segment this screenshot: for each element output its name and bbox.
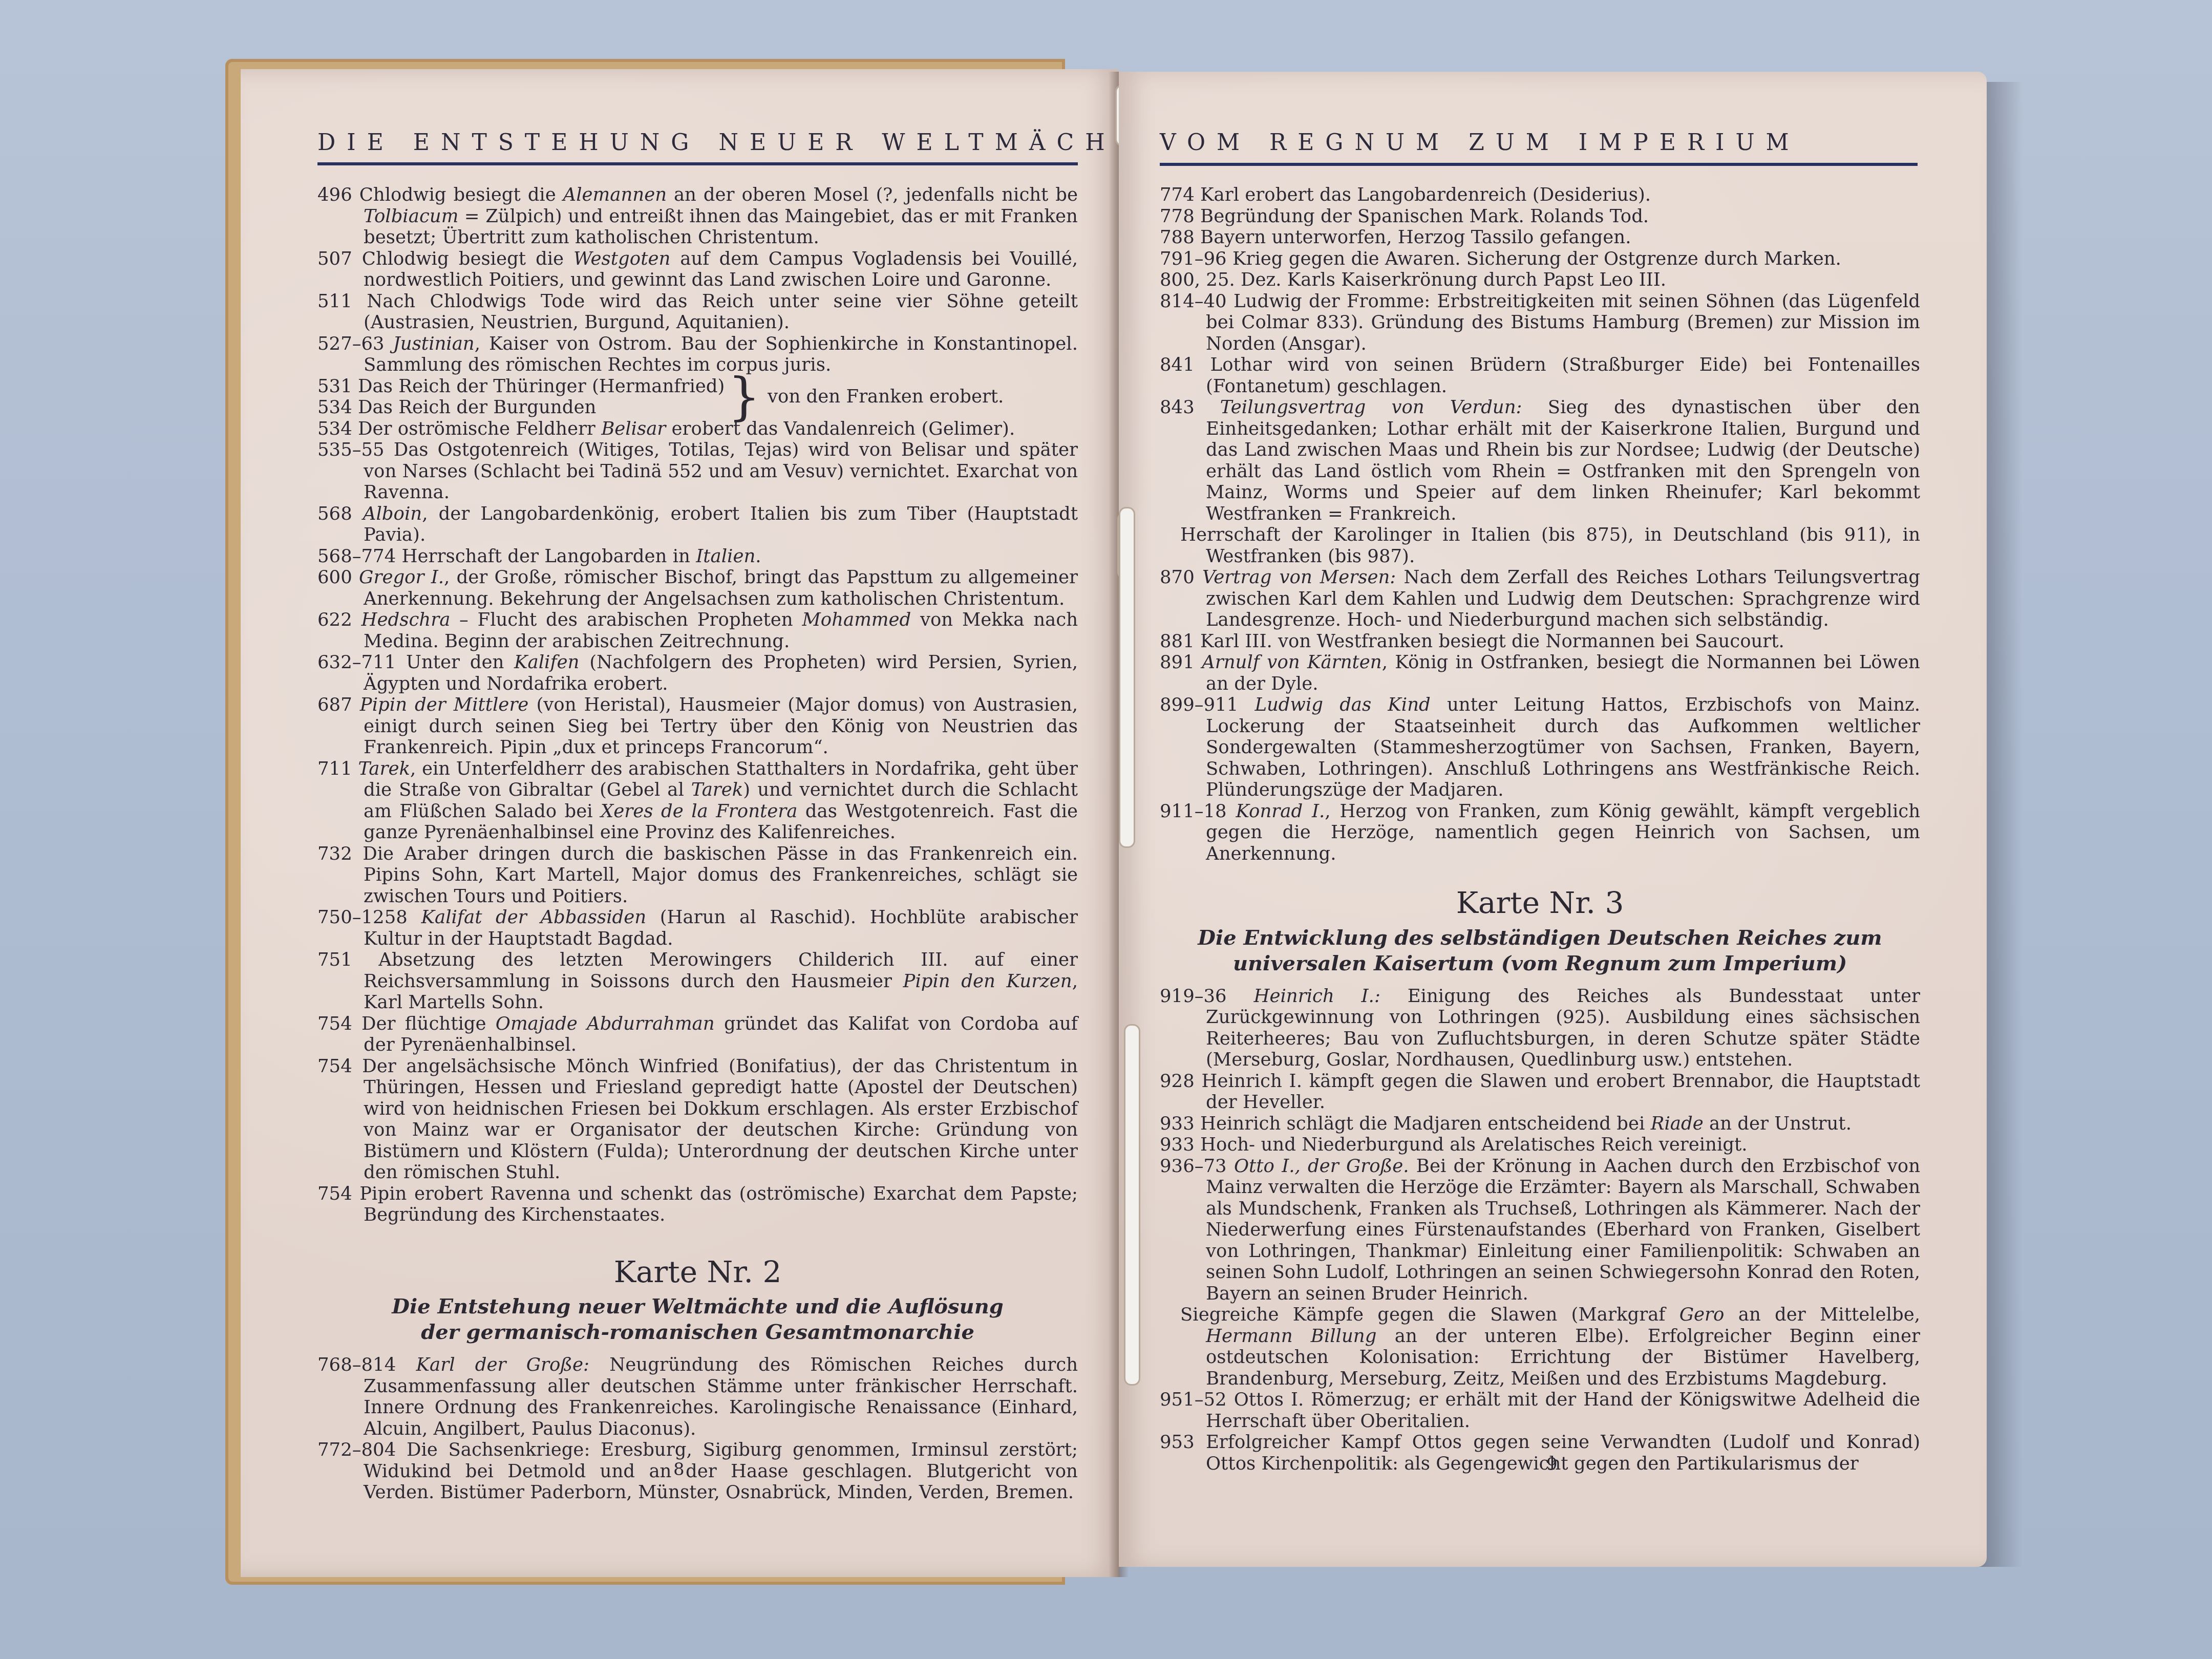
left-running-head: DIE ENTSTEHUNG NEUER WELTMÄCHTE bbox=[317, 130, 1170, 156]
entry-text: Lothar wird von seinen Brüdern (Straßbur… bbox=[1206, 354, 1920, 397]
entry-text-italic: Ludwig das Kind bbox=[1254, 694, 1430, 715]
entry-text-italic: Pipin der Mittlere bbox=[360, 694, 529, 715]
entry-year: 870 bbox=[1160, 567, 1202, 588]
timeline-entry: 754 Der angelsächsische Mönch Winfried (… bbox=[317, 1056, 1078, 1183]
binding-stitch bbox=[1124, 1024, 1140, 1386]
entry-year: 531 bbox=[317, 376, 352, 397]
entry-text: Herrschaft der Langobarden in bbox=[402, 546, 696, 567]
entry-year: 788 bbox=[1160, 227, 1200, 248]
entry-year: 841 bbox=[1160, 354, 1210, 375]
entry-text: Das Reich der Thüringer (Hermanfried) bbox=[358, 376, 725, 397]
entry-list: 919–36 Heinrich I.: Einigung des Reiches… bbox=[1160, 986, 1920, 1475]
entry-year: 791–96 bbox=[1160, 248, 1232, 269]
entry-year: 778 bbox=[1160, 206, 1200, 227]
entry-text: Ludwig der Fromme: Erbstreitigkeiten mit… bbox=[1206, 291, 1920, 354]
timeline-entry: 507 Chlodwig besiegt die Westgoten auf d… bbox=[317, 248, 1078, 291]
entry-text-italic: Pipin den Kurzen bbox=[903, 971, 1072, 992]
entry-text: Hoch- und Niederburgund als Arelatisches… bbox=[1200, 1134, 1748, 1155]
entry-text: Begründung der Spanischen Mark. Rolands … bbox=[1200, 206, 1649, 227]
timeline-entry: 843 Teilungsvertrag von Verdun: Sieg des… bbox=[1160, 397, 1920, 524]
entry-text-italic: Tolbiacum bbox=[364, 206, 458, 227]
timeline-entry: 800, 25. Dez. Karls Kaiserkrönung durch … bbox=[1160, 269, 1920, 291]
timeline-entry: 568–774 Herrschaft der Langobarden in It… bbox=[317, 546, 1078, 567]
entry-year: 933 bbox=[1160, 1113, 1200, 1134]
entry-text: Pipin erobert Ravenna und schenkt das (o… bbox=[359, 1183, 1078, 1226]
entry-text-italic: Kalifen bbox=[514, 652, 579, 673]
entry-text: Chlodwig besiegt die bbox=[359, 184, 563, 205]
entry-year: 622 bbox=[317, 609, 361, 630]
brace-suffix: von den Franken erobert. bbox=[768, 386, 1004, 408]
entry-year: 507 bbox=[317, 248, 362, 269]
entry-year: 750–1258 bbox=[317, 907, 421, 928]
entry-year: 535–55 bbox=[317, 439, 394, 460]
entry-year: 568–774 bbox=[317, 546, 402, 567]
timeline-entry: Siegreiche Kämpfe gegen die Slawen (Mark… bbox=[1160, 1304, 1920, 1389]
entry-year: 600 bbox=[317, 567, 359, 588]
entry-list: 534 Der oströmische Feldherr Belisar ero… bbox=[317, 418, 1078, 1226]
karte-title: Karte Nr. 2 bbox=[317, 1262, 1078, 1283]
timeline-entry: 899–911 Ludwig das Kind unter Leitung Ha… bbox=[1160, 694, 1920, 801]
entry-year: 800, 25. Dez. bbox=[1160, 269, 1287, 290]
karte-title: Karte Nr. 3 bbox=[1160, 892, 1920, 914]
left-head-rule bbox=[317, 162, 1078, 165]
entry-year: 814–40 bbox=[1160, 291, 1233, 312]
entry-text: an der oberen Mosel (?, jedenfalls nicht… bbox=[667, 184, 1078, 205]
entry-text: Heinrich I. kämpft gegen die Slawen und … bbox=[1202, 1071, 1920, 1113]
entry-text-italic: Tarek bbox=[691, 779, 743, 800]
entry-text: Das Reich der Burgunden bbox=[358, 397, 596, 418]
entry-year: 527–63 bbox=[317, 333, 393, 354]
entry-text-italic: Otto I., der Große. bbox=[1234, 1156, 1409, 1177]
entry-text: , der Große, römischer Bischof, bringt d… bbox=[364, 567, 1078, 609]
entry-list: 768–814 Karl der Große: Neugründung des … bbox=[317, 1354, 1078, 1503]
entry-year: 632–711 bbox=[317, 652, 406, 673]
entry-year: 534 bbox=[317, 418, 358, 439]
page-number: 9 bbox=[1546, 1454, 1558, 1475]
entry-year: 891 bbox=[1160, 652, 1202, 673]
entry-text: Chlodwig besiegt die bbox=[362, 248, 573, 269]
entry-text-italic: Tarek bbox=[358, 758, 410, 779]
timeline-entry: 754 Der flüchtige Omajade Abdurrahman gr… bbox=[317, 1013, 1078, 1056]
timeline-entry: 754 Pipin erobert Ravenna und schenkt da… bbox=[317, 1183, 1078, 1226]
timeline-entry: 711 Tarek, ein Unterfeldherr des arabisc… bbox=[317, 758, 1078, 843]
timeline-entry: 951–52 Ottos I. Römerzug; er erhält mit … bbox=[1160, 1389, 1920, 1432]
timeline-entry: 534 Der oströmische Feldherr Belisar ero… bbox=[317, 418, 1078, 440]
entry-text-italic: Belisar bbox=[601, 418, 666, 439]
timeline-entry: 891 Arnulf von Kärnten, König in Ostfran… bbox=[1160, 652, 1920, 694]
entry-year: 899–911 bbox=[1160, 694, 1254, 715]
entry-year: 951–52 bbox=[1160, 1389, 1234, 1410]
entry-text: – Flucht des arabischen Propheten bbox=[450, 609, 802, 630]
right-head-rule bbox=[1160, 163, 1918, 166]
entry-list: 496 Chlodwig besiegt die Alemannen an de… bbox=[317, 184, 1078, 376]
entry-text: = Zülpich) und entreißt ihnen das Mainge… bbox=[364, 206, 1078, 248]
timeline-entry: 936–73 Otto I., der Große. Bei der Krönu… bbox=[1160, 1156, 1920, 1305]
timeline-entry: 535–55 Das Ostgotenreich (Witiges, Totil… bbox=[317, 439, 1078, 503]
timeline-entry: 870 Vertrag von Mersen: Nach dem Zerfall… bbox=[1160, 567, 1920, 631]
timeline-entry: 933 Heinrich schlägt die Madjaren entsch… bbox=[1160, 1113, 1920, 1135]
timeline-entry: 814–40 Ludwig der Fromme: Erbstreitigkei… bbox=[1160, 291, 1920, 355]
timeline-entry: 600 Gregor I., der Große, römischer Bisc… bbox=[317, 567, 1078, 609]
entry-year: 754 bbox=[317, 1183, 359, 1204]
entry-text-italic: Alemannen bbox=[563, 184, 667, 205]
entry-text: Ottos I. Römerzug; er erhält mit der Han… bbox=[1206, 1389, 1920, 1432]
entry-text: Heinrich schlägt die Madjaren entscheide… bbox=[1200, 1113, 1651, 1134]
timeline-entry: 496 Chlodwig besiegt die Alemannen an de… bbox=[317, 184, 1078, 248]
entry-year: 496 bbox=[317, 184, 359, 205]
karte-subtitle-line-2: der germanisch-romanischen Gesamtmonarch… bbox=[317, 1320, 1078, 1345]
timeline-entry: 622 Hedschra – Flucht des arabischen Pro… bbox=[317, 609, 1078, 652]
entry-year: 754 bbox=[317, 1056, 362, 1077]
entry-year: 774 bbox=[1160, 184, 1200, 205]
entry-year: 936–73 bbox=[1160, 1156, 1234, 1177]
entry-year: 772–804 bbox=[317, 1439, 407, 1460]
timeline-entry: 751 Absetzung des letzten Merowingers Ch… bbox=[317, 949, 1078, 1013]
timeline-entry: 774 Karl erobert das Langobardenreich (D… bbox=[1160, 184, 1920, 206]
entry-text-italic: Gregor I. bbox=[359, 567, 444, 588]
timeline-entry: 527–63 Justinian, Kaiser von Ostrom. Bau… bbox=[317, 333, 1078, 376]
entry-year: 754 bbox=[317, 1013, 361, 1034]
timeline-entry: 632–711 Unter den Kalifen (Nachfolgern d… bbox=[317, 652, 1078, 694]
karte-subtitle-line-2: universalen Kaisertum (vom Regnum zum Im… bbox=[1160, 951, 1920, 976]
karte-subtitle-line-1: Die Entwicklung des selbständigen Deutsc… bbox=[1160, 925, 1920, 951]
entry-year: 511 bbox=[317, 291, 367, 312]
timeline-entry: 791–96 Krieg gegen die Awaren. Sicherung… bbox=[1160, 248, 1920, 270]
timeline-entry: 788 Bayern unterworfen, Herzog Tassilo g… bbox=[1160, 227, 1920, 248]
entry-year: 911–18 bbox=[1160, 801, 1236, 822]
entry-text: Karl erobert das Langobardenreich (Desid… bbox=[1200, 184, 1651, 205]
entry-text-italic: Riade bbox=[1651, 1113, 1704, 1134]
entry-text: an der Mittelelbe, bbox=[1724, 1304, 1920, 1325]
entry-text: Der angelsächsische Mönch Winfried (Boni… bbox=[362, 1056, 1078, 1183]
entry-text-italic: Italien bbox=[696, 546, 755, 567]
entry-year: 843 bbox=[1160, 397, 1220, 418]
entry-text: Der oströmische Feldherr bbox=[358, 418, 601, 439]
entry-year: 919–36 bbox=[1160, 986, 1254, 1007]
entry-list: 774 Karl erobert das Langobardenreich (D… bbox=[1160, 184, 1920, 864]
entry-text-italic: Teilungsvertrag von Verdun: bbox=[1220, 397, 1522, 418]
entry-text-italic: Vertrag von Mersen: bbox=[1202, 567, 1396, 588]
timeline-entry: 768–814 Karl der Große: Neugründung des … bbox=[317, 1354, 1078, 1439]
entry-text-italic: Omajade Abdurrahman bbox=[496, 1013, 715, 1034]
entry-text-italic: Xeres de la Frontera bbox=[601, 801, 797, 822]
entry-year: 953 bbox=[1160, 1432, 1206, 1453]
entry-text: Erfolgreicher Kampf Ottos gegen seine Ve… bbox=[1206, 1432, 1920, 1474]
entry-text-italic: Heinrich I.: bbox=[1254, 986, 1380, 1007]
entry-year: 928 bbox=[1160, 1071, 1202, 1092]
timeline-entry: Herrschaft der Karolinger in Italien (bi… bbox=[1160, 524, 1920, 567]
timeline-entry: 772–804 Die Sachsenkriege: Eresburg, Sig… bbox=[317, 1439, 1078, 1503]
timeline-entry: 732 Die Araber dringen durch die baskisc… bbox=[317, 843, 1078, 907]
entry-year: 933 bbox=[1160, 1134, 1200, 1155]
entry-text-italic: Westgoten bbox=[573, 248, 670, 269]
entry-text: Der flüchtige bbox=[361, 1013, 496, 1034]
entry-text-italic: Hedschra bbox=[361, 609, 451, 630]
timeline-entry: 953 Erfolgreicher Kampf Ottos gegen sein… bbox=[1160, 1432, 1920, 1474]
entry-text-italic: Kalifat der Abbassiden bbox=[421, 907, 647, 928]
timeline-entry: 881 Karl III. von Westfranken besiegt di… bbox=[1160, 631, 1920, 652]
timeline-entry: 511 Nach Chlodwigs Tode wird das Reich u… bbox=[317, 291, 1078, 333]
entry-text: Unter den bbox=[406, 652, 514, 673]
entry-text-italic: Gero bbox=[1679, 1304, 1725, 1325]
brace-group: 531 Das Reich der Thüringer (Hermanfried… bbox=[317, 376, 1078, 418]
entry-year: 568 bbox=[317, 503, 363, 524]
entry-text: Die Sachsenkriege: Eresburg, Sigiburg ge… bbox=[364, 1439, 1078, 1503]
entry-text-italic: Hermann Billung bbox=[1206, 1326, 1376, 1347]
entry-text-italic: Karl der Große: bbox=[416, 1354, 590, 1375]
timeline-entry: 568 Alboin, der Langobardenkönig, erober… bbox=[317, 503, 1078, 546]
timeline-entry: 933 Hoch- und Niederburgund als Arelatis… bbox=[1160, 1134, 1920, 1156]
right-page: VOM REGNUM ZUM IMPERIUM 774 Karl erobert… bbox=[1119, 72, 1987, 1567]
entry-text-italic: Konrad I. bbox=[1236, 801, 1325, 822]
right-running-head: VOM REGNUM ZUM IMPERIUM bbox=[1160, 130, 1800, 156]
entry-text: Herrschaft der Karolinger in Italien (bi… bbox=[1180, 524, 1920, 567]
entry-text-italic: Justinian bbox=[393, 333, 475, 354]
entry-year: 751 bbox=[317, 949, 378, 970]
binding-stitch bbox=[1119, 507, 1135, 848]
entry-text: erobert das Vandalenreich (Gelimer). bbox=[666, 418, 1015, 439]
timeline-entry: 919–36 Heinrich I.: Einigung des Reiches… bbox=[1160, 986, 1920, 1071]
entry-text: Karl III. von Westfranken besiegt die No… bbox=[1200, 631, 1784, 652]
entry-text: Karls Kaiserkrönung durch Papst Leo III. bbox=[1287, 269, 1666, 290]
right-page-content: 774 Karl erobert das Langobardenreich (D… bbox=[1160, 184, 1920, 1474]
left-page-content: 496 Chlodwig besiegt die Alemannen an de… bbox=[317, 184, 1078, 1503]
page-number: 8 bbox=[673, 1459, 685, 1480]
entry-text: . bbox=[755, 546, 761, 567]
entry-year: 881 bbox=[1160, 631, 1200, 652]
entry-text: Bei der Krönung in Aachen durch den Erzb… bbox=[1206, 1156, 1920, 1304]
entry-text: an der Unstrut. bbox=[1704, 1113, 1852, 1134]
timeline-entry: 778 Begründung der Spanischen Mark. Rola… bbox=[1160, 206, 1920, 227]
entry-text-italic: Arnulf von Kärnten bbox=[1202, 652, 1382, 673]
timeline-entry: 750–1258 Kalifat der Abbassiden (Harun a… bbox=[317, 907, 1078, 949]
entry-year: 711 bbox=[317, 758, 358, 779]
entry-text-italic: Alboin bbox=[363, 503, 422, 524]
timeline-entry: 687 Pipin der Mittlere (von Heristal), H… bbox=[317, 694, 1078, 758]
entry-text: Siegreiche Kämpfe gegen die Slawen (Mark… bbox=[1180, 1304, 1679, 1325]
entry-year: 768–814 bbox=[317, 1354, 416, 1375]
curly-brace-icon: } bbox=[728, 376, 760, 417]
entry-year: 687 bbox=[317, 694, 360, 715]
entry-text: , der Langobardenkönig, erobert Italien … bbox=[364, 503, 1078, 546]
entry-text-italic: Mohammed bbox=[802, 609, 911, 630]
timeline-entry: 911–18 Konrad I., Herzog von Franken, zu… bbox=[1160, 801, 1920, 865]
entry-text: Nach Chlodwigs Tode wird das Reich unter… bbox=[364, 291, 1078, 333]
entry-text: Bayern unterworfen, Herzog Tassilo gefan… bbox=[1200, 227, 1631, 248]
entry-text: Krieg gegen die Awaren. Sicherung der Os… bbox=[1232, 248, 1841, 269]
timeline-entry: 841 Lothar wird von seinen Brüdern (Stra… bbox=[1160, 354, 1920, 397]
karte-subtitle-line-1: Die Entstehung neuer Weltmächte und die … bbox=[317, 1294, 1078, 1320]
entry-year: 732 bbox=[317, 843, 363, 864]
entry-year: 534 bbox=[317, 397, 352, 418]
timeline-entry: 928 Heinrich I. kämpft gegen die Slawen … bbox=[1160, 1071, 1920, 1113]
entry-text: Die Araber dringen durch die baskischen … bbox=[363, 843, 1078, 907]
entry-text: Das Ostgotenreich (Witiges, Totilas, Tej… bbox=[364, 439, 1078, 503]
left-page: DIE ENTSTEHUNG NEUER WELTMÄCHTE 496 Chlo… bbox=[241, 69, 1119, 1577]
